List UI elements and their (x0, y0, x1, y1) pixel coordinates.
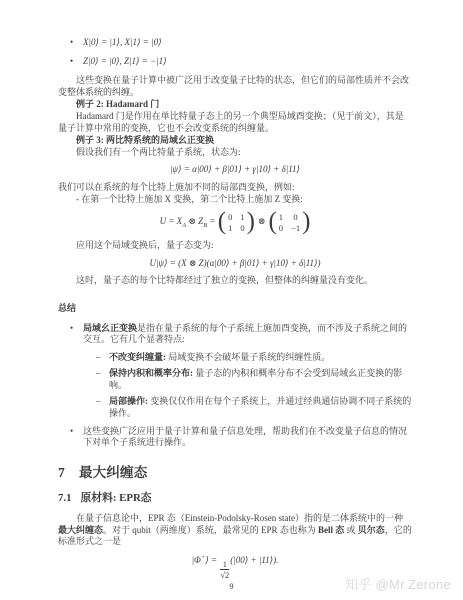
bell-kets: (|00⟩ + |11⟩). (230, 555, 278, 565)
summary-list: • 局域幺正变换是指在量子系统的每个子系统上施加酉变换，而不涉及子系统之间的交互… (70, 323, 412, 449)
summary-bullet-text: 局域幺正变换是指在量子系统的每个子系统上施加酉变换，而不涉及子系统之间的交互。它… (83, 323, 412, 346)
one-over-sqrt2-fraction: 1√2 (220, 560, 229, 581)
subsection-number: 7.1 (58, 492, 72, 504)
tensor-z: ⊗ Z (186, 216, 203, 226)
subsection-7-1-heading: 7.1原材料: EPR态 (58, 493, 412, 505)
bullet-marker: • (70, 426, 83, 438)
matrix-cell: −1 (291, 223, 300, 233)
matrix-entries: 0110 (226, 212, 247, 233)
x-gate-relation: X|0⟩ = |1⟩, X|1⟩ = |0⟩ (83, 37, 162, 49)
paragraph-x-z-apply: - 在第一个比特上施加 X 变换，第二个比特上施加 Z 变换: (58, 194, 412, 206)
page-content: • X|0⟩ = |1⟩, X|1⟩ = |0⟩ • Z|0⟩ = |0⟩, Z… (58, 33, 412, 586)
bullet-marker: • (70, 56, 83, 68)
equals-sign: = (207, 216, 218, 226)
matrix-cell: 0 (291, 212, 300, 222)
tensor-product-symbol: ⊗ (255, 216, 269, 226)
dash-marker: – (96, 368, 109, 380)
matrix-cell: 0 (279, 223, 283, 233)
paragraph-hadamard: Hadamard 门是作用在单比特量子态上的另一个典型局域酉变换；（见于前文），… (58, 111, 412, 134)
summary-subitem: – 保持内积和概率分布: 量子态的内积和概率分布不会受到局域幺正变换的影响。 (96, 368, 412, 391)
section-title: 最大纠缠态 (79, 465, 148, 480)
subsection-title: 原材料: EPR态 (81, 492, 152, 504)
matrix-entries: 100−1 (277, 212, 302, 233)
summary-subitem: – 不改变纠缠量: 局域变换不会破坏量子系统的纠缠性质。 (96, 352, 412, 364)
matrix-cell: 1 (279, 212, 283, 222)
paragraph-apply-different: 我们可以在系统的每个比特上施加不同的局部酉变换，例如: (58, 182, 412, 194)
dash-marker: – (96, 396, 109, 408)
section-number: 7 (58, 465, 65, 480)
x-gate-matrix: (0110) (218, 209, 255, 235)
summary-bullet: • 局域幺正变换是指在量子系统的每个子系统上施加酉变换，而不涉及子系统之间的交互… (70, 323, 412, 346)
paragraph-local-transforms: 这些变换在量子计算中被广泛用于改变量子比特的状态，但它们的局部性质并不会改变整体… (58, 75, 412, 98)
zhihu-watermark: 知乎 @Mr.Zerone (345, 574, 451, 593)
dash-marker: – (96, 352, 109, 364)
matrix-cell: 0 (240, 223, 244, 233)
right-paren: ) (247, 209, 255, 235)
summary-heading: 总结 (58, 303, 412, 315)
section-7-heading: 7最大纠缠态 (58, 467, 412, 479)
summary-bullet-text: 这些变换广泛应用于量子计算和量子信息处理，帮助我们在不改变量子信息的情况下对单个… (83, 426, 412, 449)
phi-ket-open: |Φ (192, 555, 201, 565)
left-paren: ( (268, 209, 276, 235)
u-definition-formula: U = XA ⊗ ZB = (0110)⊗(100−1) (58, 209, 412, 235)
left-paren: ( (218, 209, 226, 235)
right-paren: ) (302, 209, 310, 235)
u-equals: U = X (160, 216, 183, 226)
document-page: • X|0⟩ = |1⟩, X|1⟩ = |0⟩ • Z|0⟩ = |0⟩, Z… (0, 0, 463, 600)
list-item: • X|0⟩ = |1⟩, X|1⟩ = |0⟩ (70, 37, 412, 49)
matrix-cell: 1 (240, 212, 244, 222)
summary-bullet: • 这些变换广泛应用于量子计算和量子信息处理，帮助我们在不改变量子信息的情况下对… (70, 426, 412, 449)
epr-paragraph: 在量子信息论中，EPR 态（Einstein-Podolsky-Rosen st… (58, 513, 412, 548)
matrix-cell: 0 (228, 212, 232, 222)
fraction-denominator: √2 (220, 570, 229, 580)
fraction-numerator: 1 (220, 560, 229, 571)
example-3-heading: 例子 3: 两比特系统的局域幺正变换 (58, 135, 412, 147)
example-2-heading: 例子 2: Hadamard 门 (58, 99, 412, 111)
paragraph-after-apply: 应用这个局域变换后，量子态变为: (58, 240, 412, 252)
paragraph-entanglement-unchanged: 这时，量子态的每个比特都经过了独立的变换，但整体的纠缠量没有变化。 (58, 275, 412, 287)
paragraph-two-qubit: 假设我们有一个两比特量子系统，状态为: (58, 147, 412, 159)
psi-state-formula: |ψ⟩ = α|00⟩ + β|01⟩ + γ|10⟩ + δ|11⟩ (58, 164, 412, 176)
z-gate-relation: Z|0⟩ = |0⟩, Z|1⟩ = −|1⟩ (83, 56, 167, 68)
equals-part: ⟩ = (205, 555, 219, 565)
subitem-text: 保持内积和概率分布: 量子态的内积和概率分布不会受到局域幺正变换的影响。 (109, 368, 412, 391)
summary-subitem: – 局部操作: 变换仅仅作用在每个子系统上，并通过经典通信协调不同子系统的操作。 (96, 396, 412, 419)
subitem-text: 局部操作: 变换仅仅作用在每个子系统上，并通过经典通信协调不同子系统的操作。 (109, 396, 412, 419)
bullet-marker: • (70, 37, 83, 49)
bullet-marker: • (70, 323, 83, 335)
subitem-text: 不改变纠缠量: 局域变换不会破坏量子系统的纠缠性质。 (109, 352, 330, 364)
z-gate-matrix: (100−1) (268, 209, 310, 235)
matrix-cell: 1 (228, 223, 232, 233)
u-applied-formula: U|ψ⟩ = (X ⊗ Z)(α|00⟩ + β|01⟩ + γ|10⟩ + δ… (58, 258, 412, 270)
list-item: • Z|0⟩ = |0⟩, Z|1⟩ = −|1⟩ (70, 56, 412, 68)
gate-transform-list: • X|0⟩ = |1⟩, X|1⟩ = |0⟩ • Z|0⟩ = |0⟩, Z… (70, 37, 412, 67)
